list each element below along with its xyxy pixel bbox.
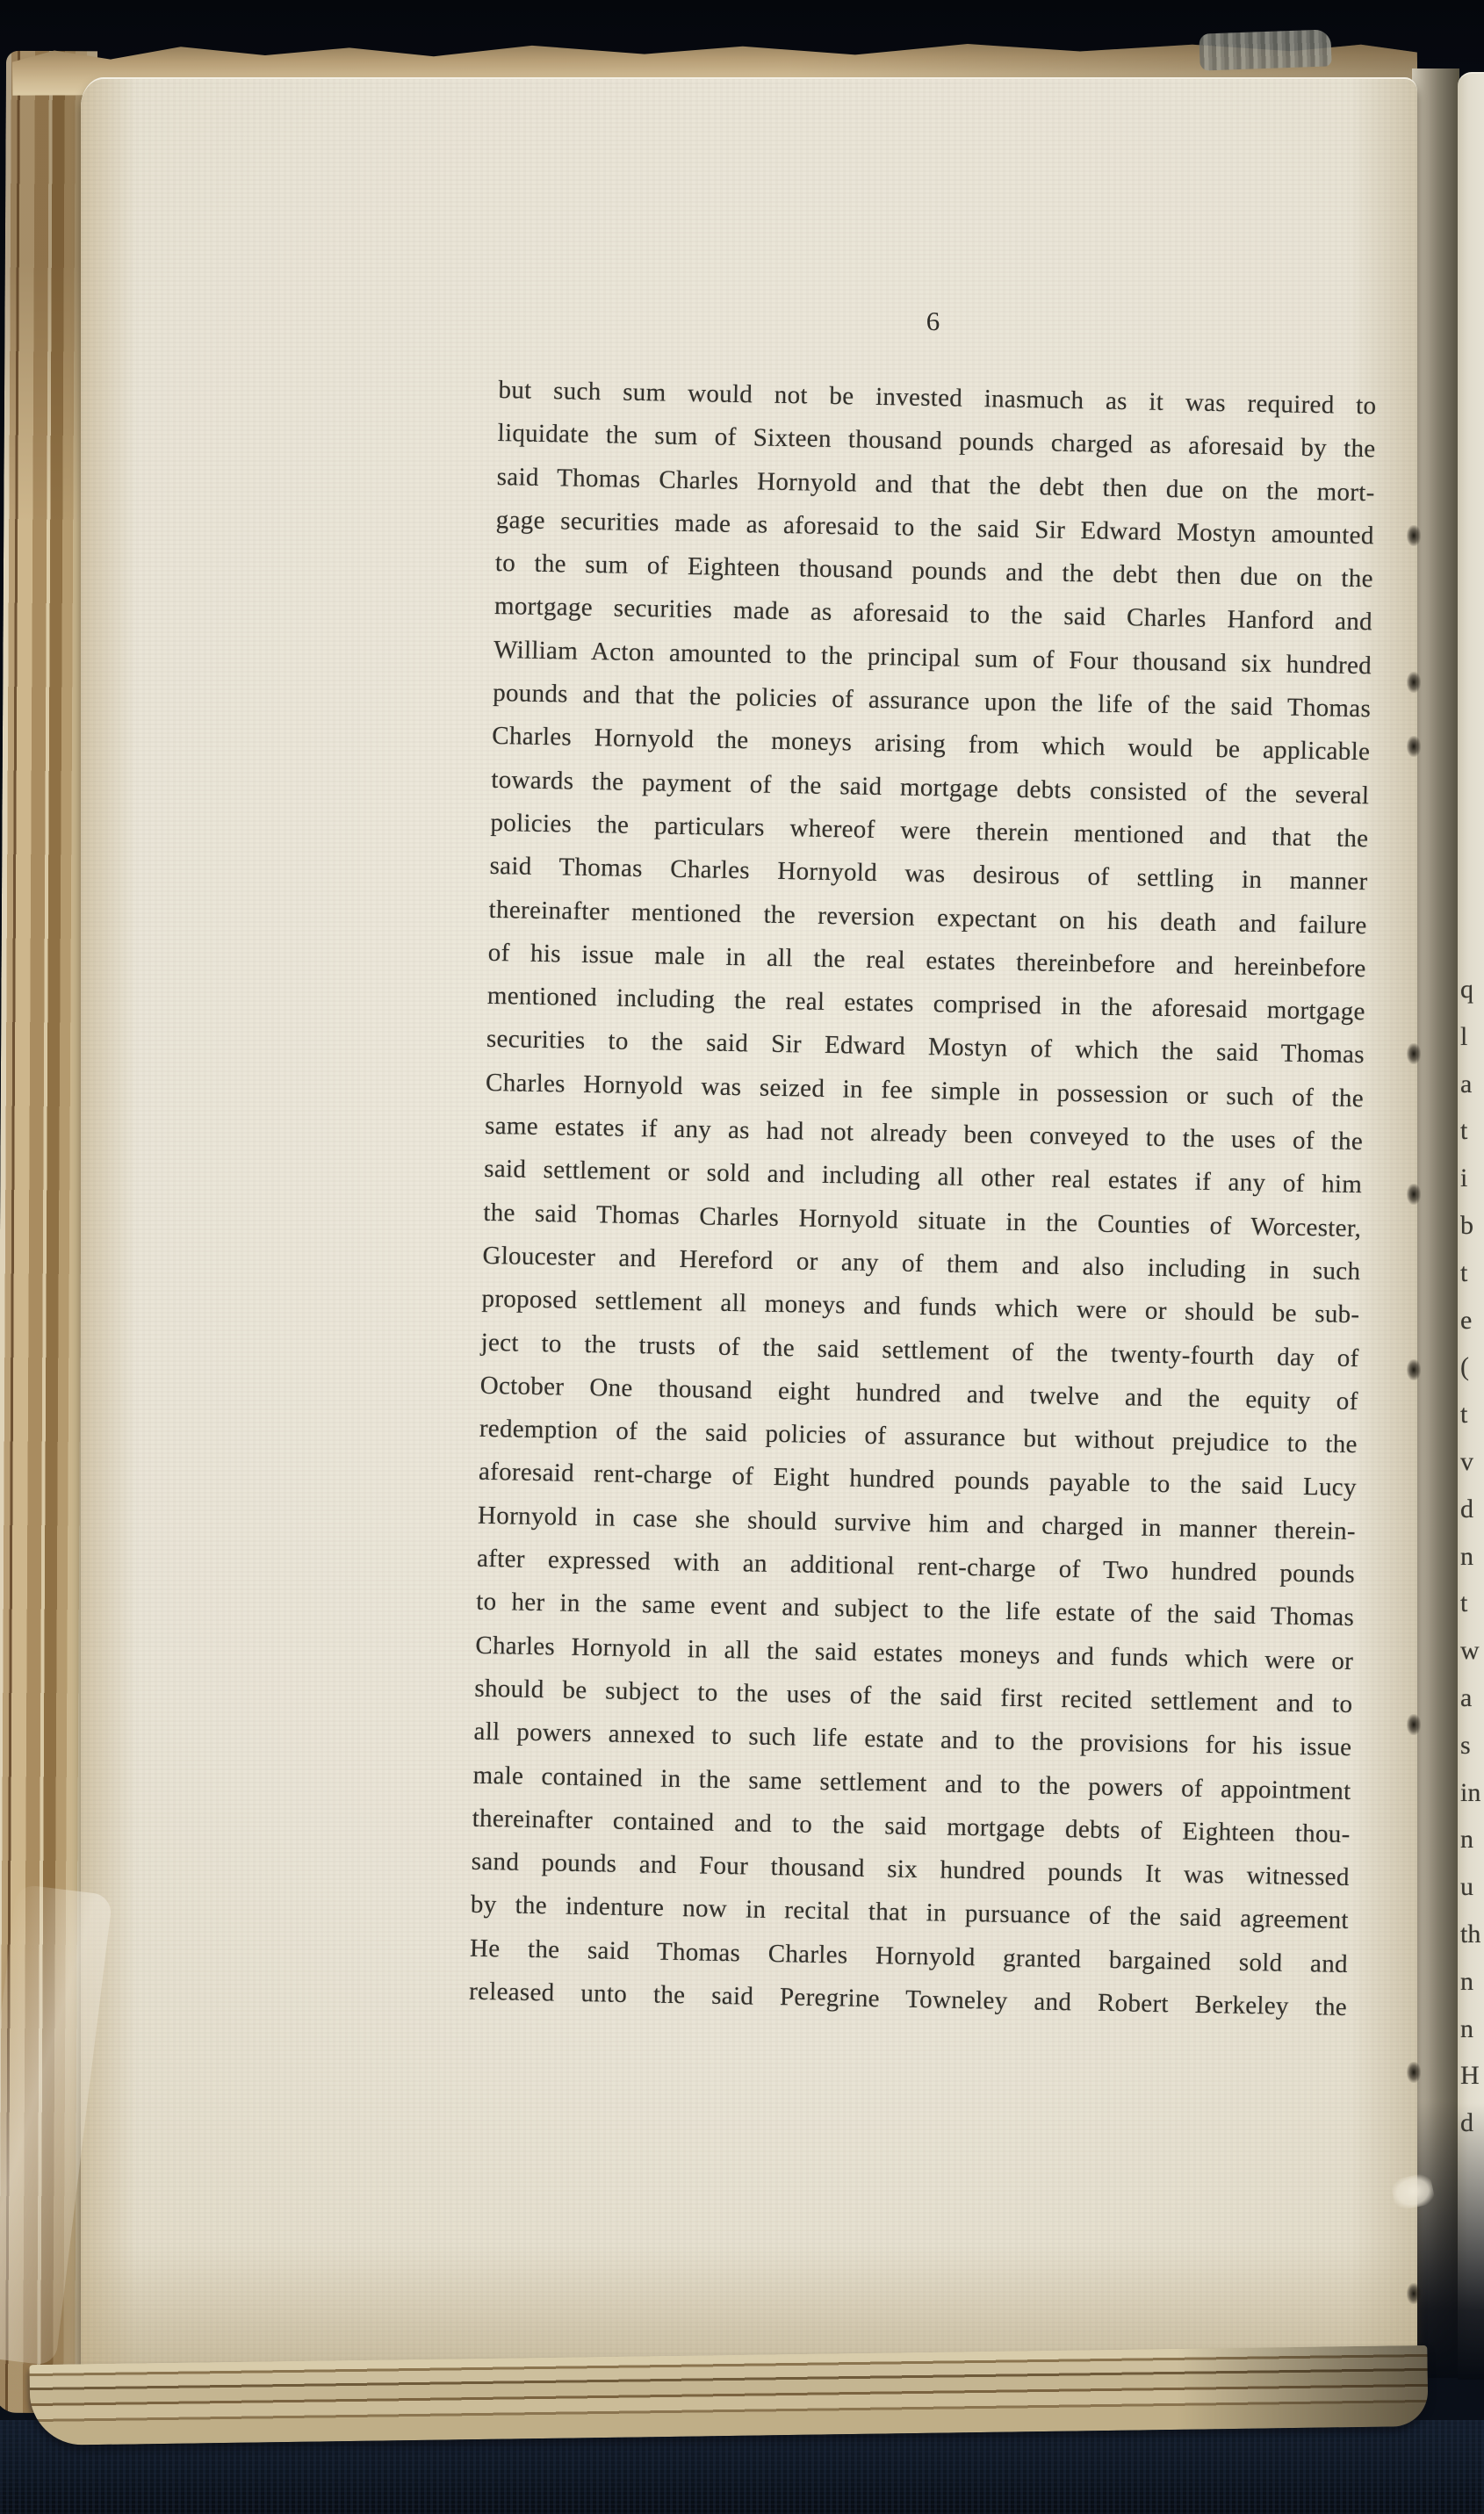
book-headband <box>1199 29 1331 70</box>
cut-off-letter: d <box>1460 2108 1484 2138</box>
page-edge-notch <box>1407 2283 1421 2304</box>
cut-off-letter: n <box>1460 1542 1484 1572</box>
cut-off-letter: t <box>1460 1588 1484 1618</box>
cut-off-letter: H <box>1460 2061 1484 2091</box>
page-edge-notch <box>1407 1184 1421 1205</box>
cut-off-letter: e <box>1460 1306 1484 1336</box>
page-edge-notch <box>1407 1714 1421 1735</box>
cut-off-letter: a <box>1460 1683 1484 1713</box>
gutter-shadow <box>1412 68 1459 2378</box>
cut-off-letter: s <box>1460 1731 1484 1761</box>
cut-off-letter: d <box>1460 1495 1484 1524</box>
cut-off-letter: w <box>1460 1636 1484 1666</box>
cut-off-letter: b <box>1460 1211 1484 1241</box>
cut-off-letter: th <box>1460 1920 1484 1949</box>
book-page: 6 but such sum would not be invested ina… <box>81 77 1417 2379</box>
cut-off-letter: n <box>1460 1967 1484 1997</box>
book-photo: qlatibte(tvdntwasinnuthnnHd 6 but such s… <box>0 0 1484 2514</box>
cut-off-letter: n <box>1460 2014 1484 2044</box>
cut-off-letter: t <box>1460 1116 1484 1146</box>
page-edge-notch <box>1407 1043 1421 1064</box>
cut-off-letter: n <box>1460 1825 1484 1855</box>
page-edge-notch <box>1407 2062 1421 2083</box>
page-edge-notch <box>1407 672 1421 693</box>
page-edge-notch <box>1407 1359 1421 1380</box>
cut-off-letter: u <box>1460 1872 1484 1902</box>
page-edge-notch <box>1407 736 1421 757</box>
cut-off-letter: v <box>1460 1447 1484 1477</box>
cut-off-letter: t <box>1460 1258 1484 1288</box>
adjacent-page-edge: qlatibte(tvdntwasinnuthnnHd <box>1458 72 1484 2380</box>
cut-off-letter: a <box>1460 1070 1484 1099</box>
cut-off-letter: q <box>1460 975 1484 1005</box>
cut-off-letter: in <box>1460 1778 1484 1808</box>
page-number: 6 <box>894 306 973 337</box>
cut-off-letter: t <box>1460 1400 1484 1430</box>
page-text: but such sum would not be invested inasm… <box>469 369 1377 2029</box>
cut-off-letter: ( <box>1460 1352 1484 1382</box>
page-edge-notch <box>1407 525 1421 546</box>
cut-off-letter: i <box>1460 1163 1484 1193</box>
cut-off-letter: l <box>1460 1022 1484 1052</box>
